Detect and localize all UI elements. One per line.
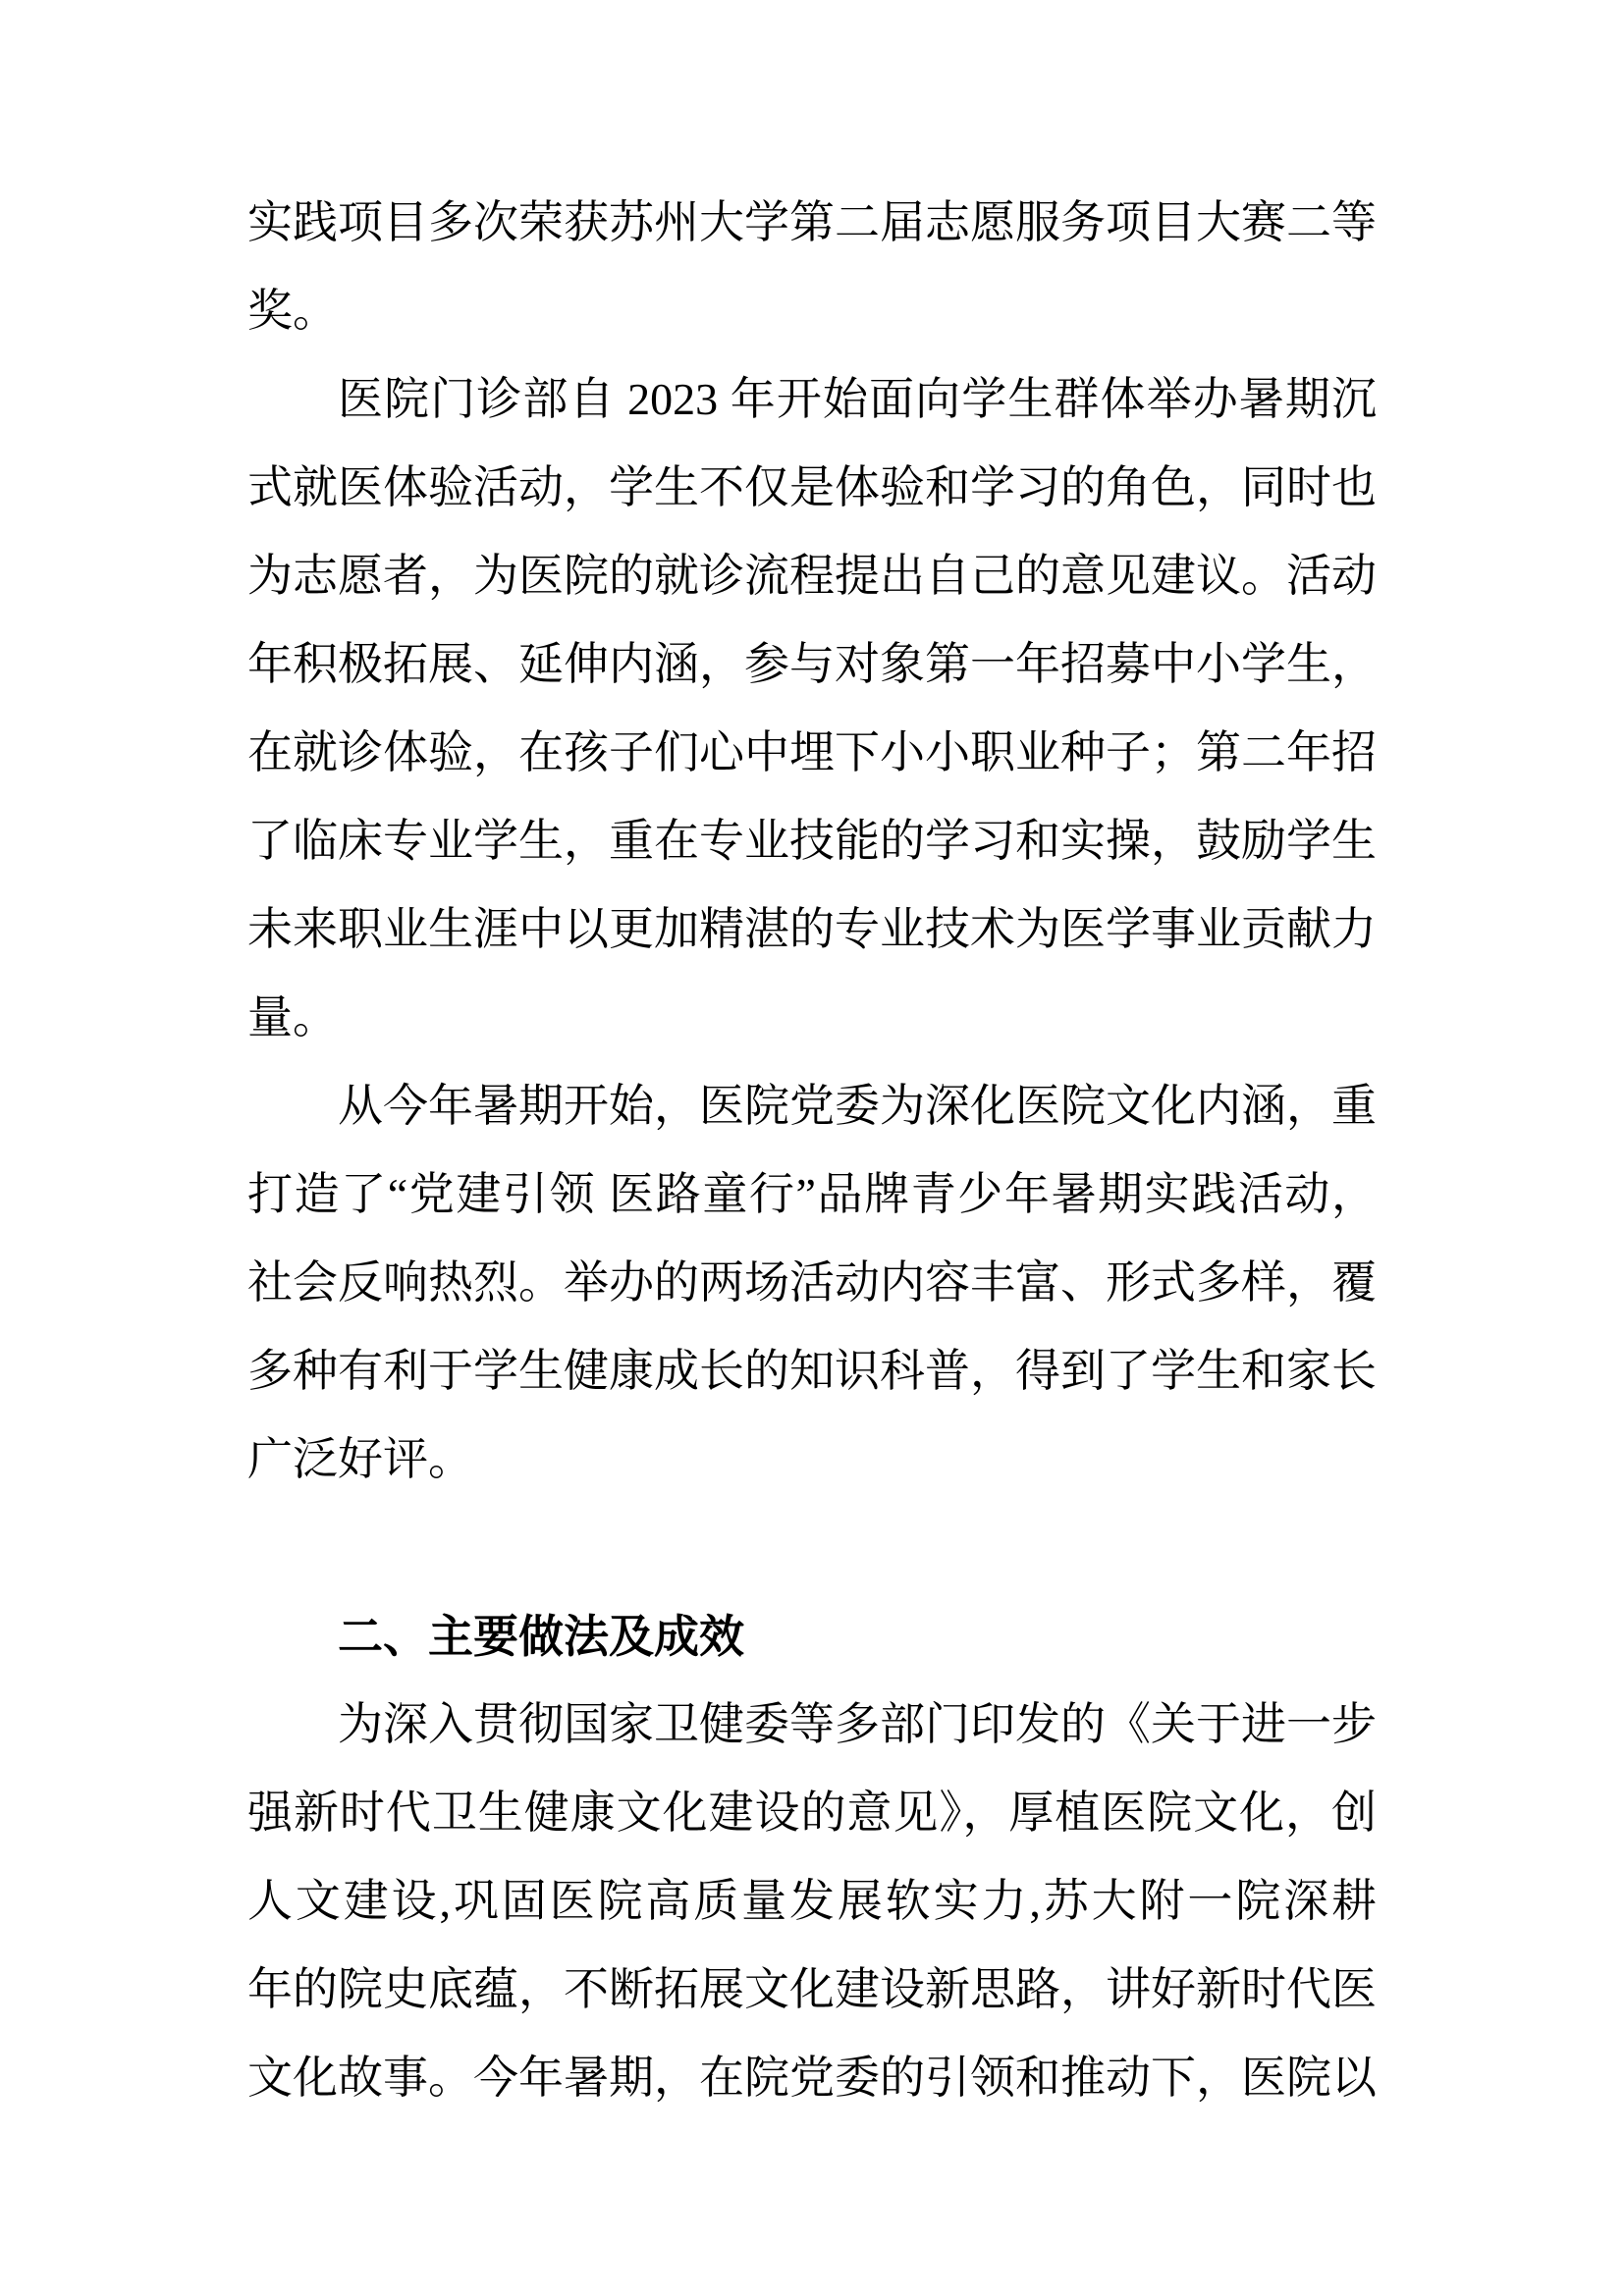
text-line: 式就医体验活动，学生不仅是体验和学习的角色，同时也作 xyxy=(247,444,1377,532)
paragraph-award: 实践项目多次荣获苏州大学第二届志愿服务项目大赛二等奖。 xyxy=(247,179,1377,355)
text-line: 量。 xyxy=(247,974,1377,1062)
document-body: 实践项目多次荣获苏州大学第二届志愿服务项目大赛二等奖。 医院门诊部自 2023 … xyxy=(247,179,1377,2122)
text-line: 从今年暑期开始，医院党委为深化医院文化内涵，重点 xyxy=(247,1062,1377,1150)
text-line: 实践项目多次荣获苏州大学第二届志愿服务项目大赛二等 xyxy=(247,179,1377,267)
paragraph-outpatient-experience: 医院门诊部自 2023 年开始面向学生群体举办暑期沉浸式就医体验活动，学生不仅是… xyxy=(247,355,1377,1062)
text-line: 为深入贯彻国家卫健委等多部门印发的《关于进一步加 xyxy=(247,1681,1377,1769)
text-line: 广泛好评。 xyxy=(247,1415,1377,1504)
text-line: 年的院史底蕴，不断拓展文化建设新思路，讲好新时代医院 xyxy=(247,1946,1377,2034)
text-line: 人文建设,巩固医院高质量发展软实力,苏大附一院深耕 141 xyxy=(247,1857,1377,1946)
text-line: 文化故事。今年暑期，在院党委的引领和推动下，医院以“党 xyxy=(247,2034,1377,2122)
text-line: 在就诊体验，在孩子们心中埋下小小职业种子；第二年招募 xyxy=(247,709,1377,797)
document-page: 实践项目多次荣获苏州大学第二届志愿服务项目大赛二等奖。 医院门诊部自 2023 … xyxy=(0,0,1624,2296)
text-line: 强新时代卫生健康文化建设的意见》，厚植医院文化，创新 xyxy=(247,1769,1377,1857)
heading-line: 二、主要做法及成效 xyxy=(247,1592,1377,1681)
text-line: 医院门诊部自 2023 年开始面向学生群体举办暑期沉浸 xyxy=(247,355,1377,444)
text-line: 奖。 xyxy=(247,267,1377,355)
text-line: 未来职业生涯中以更加精湛的专业技术为医学事业贡献力 xyxy=(247,885,1377,974)
paragraph-party-brand-activity: 从今年暑期开始，医院党委为深化医院文化内涵，重点打造了“党建引领 医路童行”品牌… xyxy=(247,1062,1377,1504)
text-line: 了临床专业学生，重在专业技能的学习和实操，鼓励学生在 xyxy=(247,797,1377,885)
text-line: 多种有利于学生健康成长的知识科普，得到了学生和家长的 xyxy=(247,1327,1377,1415)
text-line: 为志愿者，为医院的就诊流程提出自己的意见建议。活动每 xyxy=(247,532,1377,620)
text-line: 年积极拓展、延伸内涵，参与对象第一年招募中小学生，重 xyxy=(247,620,1377,709)
text-line: 社会反响热烈。举办的两场活动内容丰富、形式多样，覆盖 xyxy=(247,1239,1377,1327)
text-line: 打造了“党建引领 医路童行”品牌青少年暑期实践活动， xyxy=(247,1150,1377,1239)
section-heading-main-practices: 二、主要做法及成效 xyxy=(247,1592,1377,1681)
paragraph-culture-building: 为深入贯彻国家卫健委等多部门印发的《关于进一步加强新时代卫生健康文化建设的意见》… xyxy=(247,1681,1377,2122)
